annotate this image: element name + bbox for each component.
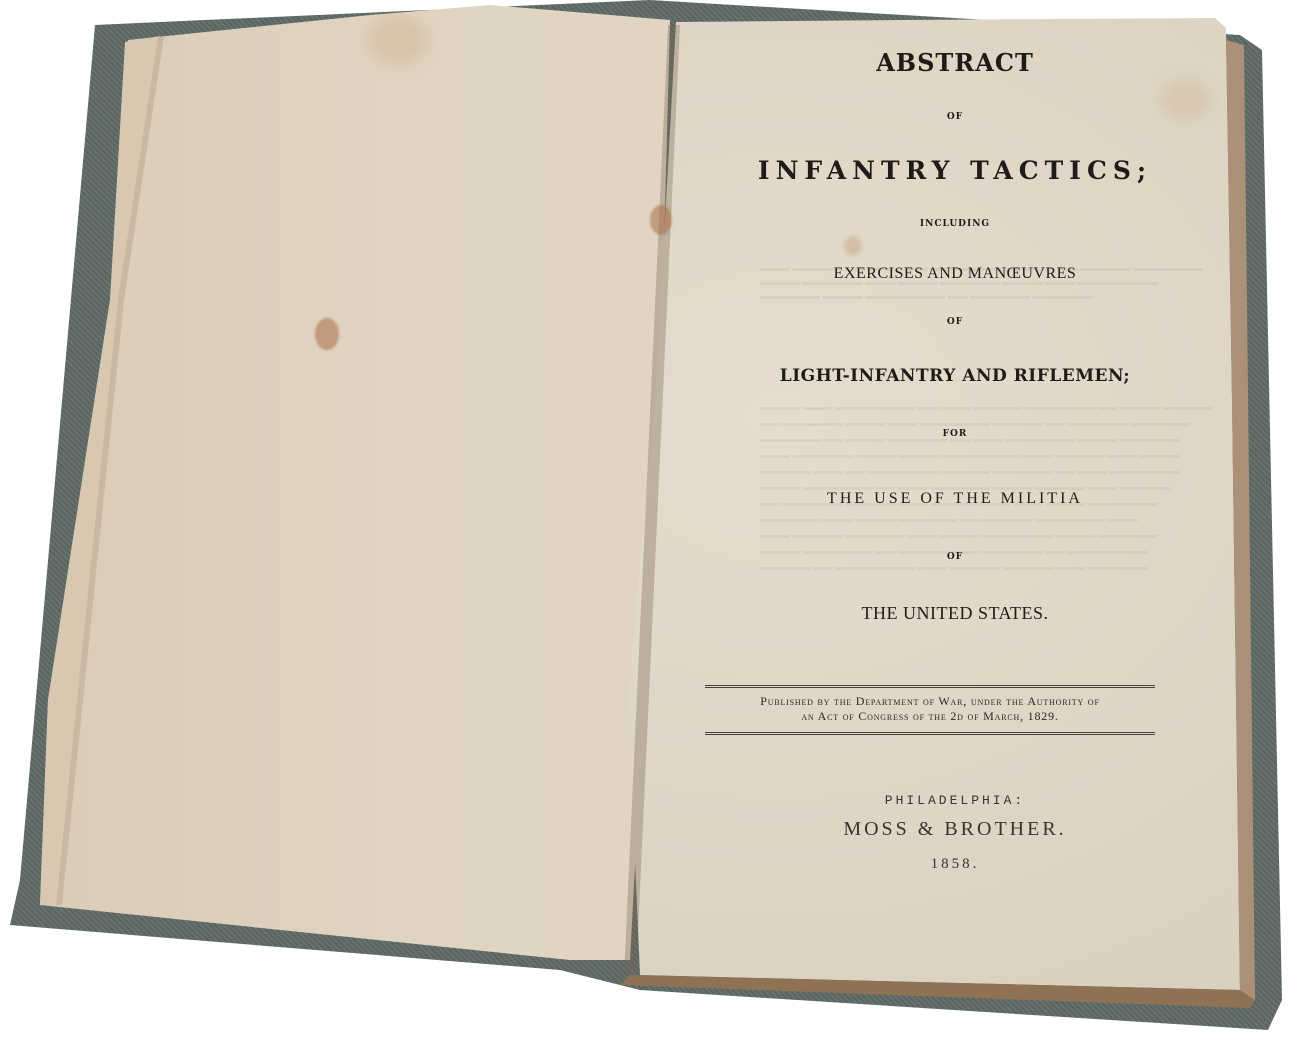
title-troops: LIGHT-INFANTRY AND RIFLEMEN; [680, 366, 1230, 386]
title-for: FOR [680, 429, 1230, 439]
title-abstract: ABSTRACT [680, 48, 1230, 77]
foxing-stain [844, 236, 862, 256]
title-of: OF [680, 112, 1230, 122]
imprint-publisher: MOSS & BROTHER. [680, 818, 1230, 841]
publication-note: Published by the Department of War, unde… [705, 685, 1155, 735]
title-use: THE USE OF THE MILITIA [680, 490, 1230, 508]
title-of: OF [680, 317, 1230, 327]
publication-note-line: an Act of Congress of the 2d of March, 1… [705, 709, 1155, 724]
title-country: THE UNITED STATES. [680, 603, 1230, 624]
title-including: INCLUDING [680, 219, 1230, 229]
water-stain [368, 15, 428, 65]
imprint-city: PHILADELPHIA: [680, 793, 1230, 808]
publication-note-line: Published by the Department of War, unde… [705, 694, 1155, 709]
title-subject: INFANTRY TACTICS; [680, 156, 1230, 185]
title-exercises: EXERCISES AND MANŒUVRES [680, 265, 1230, 283]
imprint-year: 1858. [680, 856, 1230, 873]
foxing-stain [650, 205, 672, 235]
foxing-stain [315, 318, 339, 350]
title-of: OF [680, 552, 1230, 562]
